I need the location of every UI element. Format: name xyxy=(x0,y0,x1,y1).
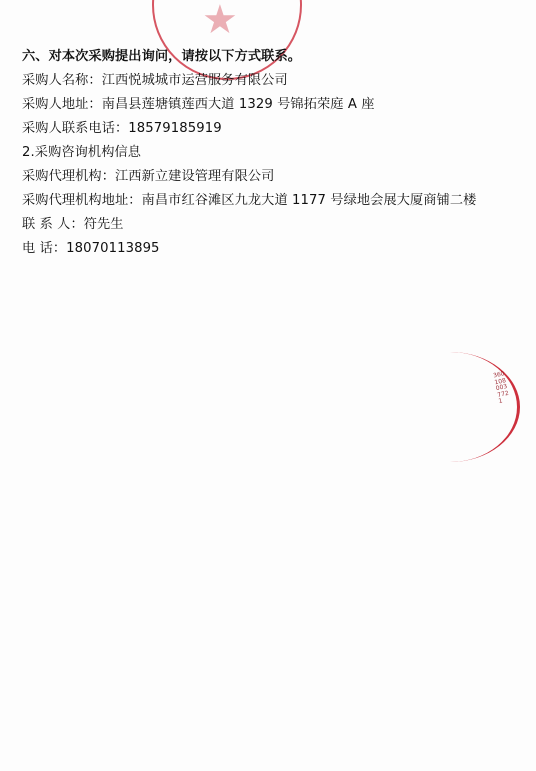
contact-phone-label: 电 话： xyxy=(22,241,66,256)
document-page: 城市运营服务有限公司 ★ 六、对本次采购提出询问，请按以下方式联系。 采购人名称… xyxy=(0,0,536,771)
contact-phone: 电 话：18070113895 xyxy=(22,240,476,264)
agency-address: 采购代理机构地址：南昌市红谷滩区九龙大道 1177 号绿地会展大厦商铺二楼 xyxy=(22,192,476,216)
agency-name: 采购代理机构：江西新立建设管理有限公司 xyxy=(22,168,476,192)
contact-info-section: 六、对本次采购提出询问，请按以下方式联系。 采购人名称：江西悦城城市运营服务有限… xyxy=(22,48,476,264)
agency-section-heading: 2.采购咨询机构信息 xyxy=(22,144,476,168)
partial-seal-stamp: 3601080037721 xyxy=(440,352,536,462)
seal-ring xyxy=(440,352,520,462)
purchaser-address: 采购人地址：南昌县莲塘镇莲西大道 1329 号锦拓荣庭 A 座 xyxy=(22,96,476,120)
contact-phone-value: 18070113895 xyxy=(66,241,159,256)
contact-person: 联 系 人：符先生 xyxy=(22,216,476,240)
star-icon: ★ xyxy=(202,0,238,40)
seal-code: 3601080037721 xyxy=(493,371,511,405)
contact-person-label: 联 系 人： xyxy=(22,217,84,232)
purchaser-phone: 采购人联系电话：18579185919 xyxy=(22,120,476,144)
purchaser-name: 采购人名称：江西悦城城市运营服务有限公司 xyxy=(22,72,476,96)
contact-person-value: 符先生 xyxy=(84,217,124,232)
inquiry-heading: 六、对本次采购提出询问，请按以下方式联系。 xyxy=(22,48,476,72)
